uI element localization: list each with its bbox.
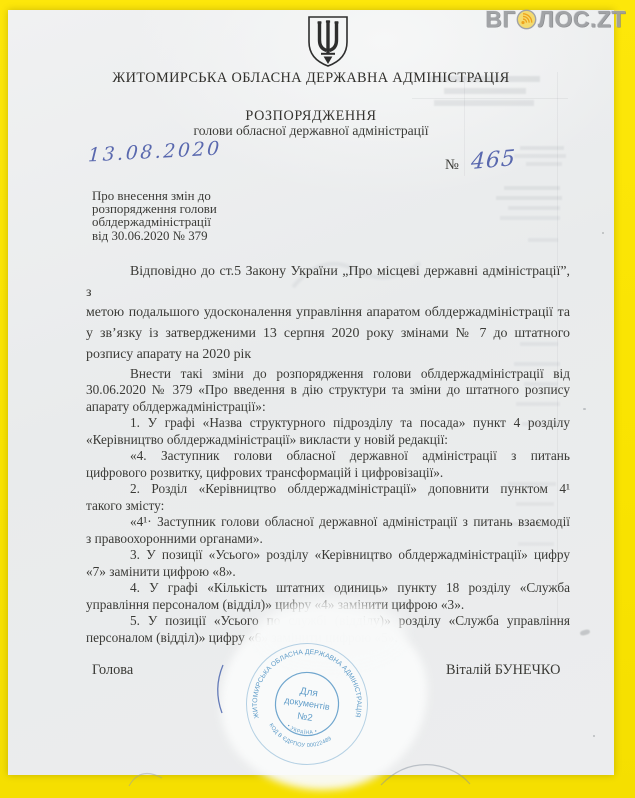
body-line: цифрового розвитку, цифрових трансформац… <box>86 465 570 482</box>
org-name: ЖИТОМИРСЬКА ОБЛАСНА ДЕРЖАВНА АДМІНІСТРАЦ… <box>8 70 614 87</box>
body-text: Відповідно до ст.5 Закону України „Про м… <box>86 262 570 646</box>
stamp-center-line3: №2 <box>296 711 313 724</box>
body-line: такого змісту: <box>86 498 570 515</box>
pen-curve <box>378 758 473 788</box>
body-line: «4¹· Заступник голови обласної державної… <box>86 514 570 531</box>
svg-text:• УКРАЇНА •: • УКРАЇНА • <box>285 723 319 738</box>
doc-subtitle: голови обласної державної адміністрації <box>8 123 614 139</box>
body-line: «4. Заступник голови обласної державної … <box>86 448 570 465</box>
body-line: 4. У графі «Кількість штатних одиниць» п… <box>86 580 570 597</box>
bleedthrough-mark <box>500 216 560 220</box>
subject-line: облдержадміністрації <box>92 216 292 229</box>
subject-block: Про внесення змін дорозпорядження голови… <box>92 190 292 243</box>
pen-mark <box>212 663 226 715</box>
subject-line: від 30.06.2020 № 379 <box>92 230 292 243</box>
pen-curve <box>126 764 166 788</box>
watermark-text-left: ВГ <box>485 6 516 33</box>
body-line: розпису апарату на 2020 рік <box>86 345 570 366</box>
body-line: метою подальшого удосконалення управлінн… <box>86 303 570 324</box>
document-page: ВГ ЛОС.ZT <box>8 10 614 775</box>
body-line: 2. Розділ «Керівництво облдержадміністра… <box>86 481 570 498</box>
scan-speck <box>602 232 604 234</box>
body-line: з правоохоронними органами». <box>86 531 570 548</box>
official-round-stamp: ЖИТОМИРСЬКА ОБЛАСНА ДЕРЖАВНА АДМІНІСТРАЦ… <box>234 631 380 777</box>
speaker-waves-icon <box>516 9 537 30</box>
body-line: Відповідно до ст.5 Закону України „Про м… <box>86 262 570 303</box>
handwritten-date: 13.08.2020 <box>88 137 223 166</box>
signer-title: Голова <box>92 662 133 679</box>
bleedthrough-mark <box>444 88 526 94</box>
stamp-center-line2: документів <box>284 695 331 712</box>
body-line: 1. У графі «Назва структурного підрозділ… <box>86 415 570 432</box>
body-line: апарату облдержадміністрації»: <box>86 399 570 416</box>
watermark-text-right: ЛОС.ZT <box>538 6 626 33</box>
body-line: Внести такі зміни до розпорядження голов… <box>86 366 570 383</box>
stamp-code-text: КОД В ЄДРПОУ 00022489 <box>265 722 334 754</box>
bleedthrough-mark <box>434 100 534 106</box>
bleedthrough-mark <box>514 154 566 158</box>
watermark-vgolos-zt: ВГ ЛОС.ZT <box>485 6 626 33</box>
scan-speck <box>593 735 595 737</box>
scan-speck <box>583 408 586 410</box>
scan-background: ВГ ЛОС.ZT <box>0 0 635 798</box>
svg-text:КОД В ЄДРПОУ 00022489: КОД В ЄДРПОУ 00022489 <box>265 722 334 754</box>
body-line: 3. У позиції «Усього» розділу «Керівницт… <box>86 547 570 564</box>
number-label: № <box>445 157 459 174</box>
body-line: у зв’язку із затвердженими 13 серпня 202… <box>86 324 570 345</box>
body-line: «7» замінити цифрою «8». <box>86 564 570 581</box>
bleedthrough-mark <box>504 186 560 190</box>
body-line: 30.06.2020 № 379 «Про введення в дію стр… <box>86 382 570 399</box>
handwritten-number: 465 <box>470 146 516 175</box>
bleedthrough-mark <box>496 196 562 200</box>
signer-name: Віталій БУНЕЧКО <box>446 662 560 679</box>
bleedthrough-table-line <box>412 98 568 99</box>
ukraine-trident-emblem <box>305 15 351 69</box>
bleedthrough-mark <box>508 206 560 210</box>
stamp-country-text: • УКРАЇНА • <box>285 723 319 738</box>
body-line: «Керівництво облдержадміністрації» викла… <box>86 432 570 449</box>
scan-speck <box>580 629 591 636</box>
bleedthrough-mark <box>528 238 558 242</box>
